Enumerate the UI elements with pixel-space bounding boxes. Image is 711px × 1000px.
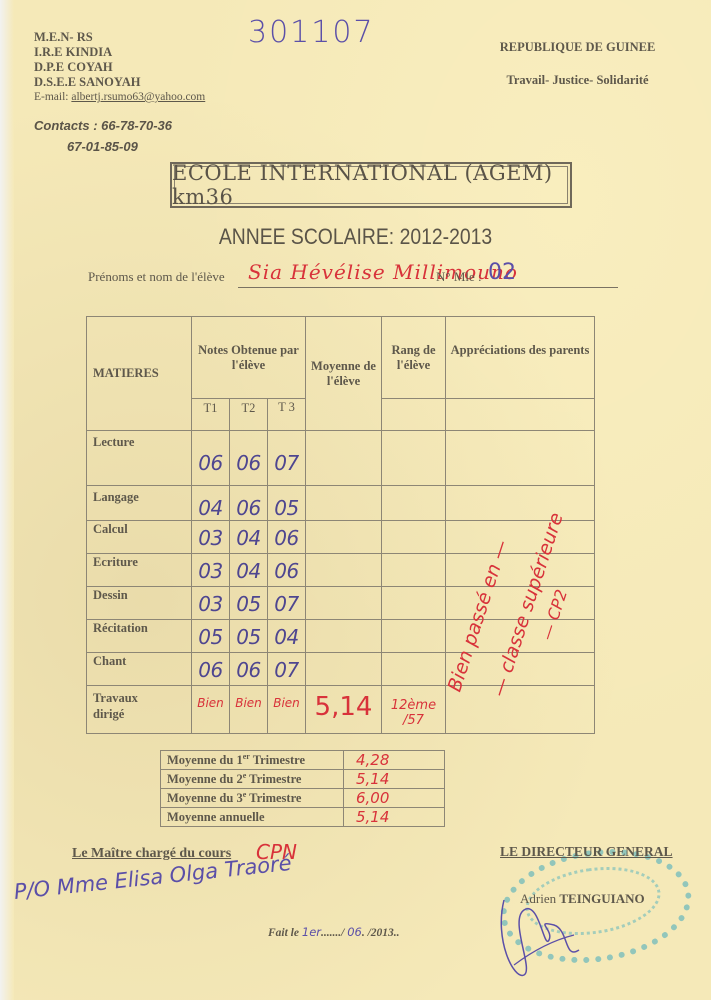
date-year: /2013.. <box>368 927 400 939</box>
grade-t1: 04 <box>192 496 229 520</box>
moyenne-cell <box>306 620 382 653</box>
grade-t1: 03 <box>192 526 229 550</box>
grade-t3: 07 <box>268 451 305 475</box>
school-year: ANNEE SCOLAIRE: 2012-2013 <box>43 224 669 250</box>
grade-t2: 06 <box>230 658 267 682</box>
header-t3: T 3 <box>268 399 306 431</box>
grade-t2: 04 <box>230 526 267 550</box>
grade-t2: 05 <box>230 592 267 616</box>
scan-edge <box>0 0 14 1000</box>
average-row: Moyenne du 3e Trimestre 6,00 <box>161 789 445 808</box>
student-name-underline <box>238 287 618 288</box>
moyenne-cell <box>306 486 382 521</box>
averages-table: Moyenne du 1er Trimestre 4,28 Moyenne du… <box>160 750 445 827</box>
moyenne-cell <box>306 521 382 554</box>
moyenne-cell <box>306 653 382 686</box>
grade-t3: Bien <box>268 696 305 710</box>
average-row: Moyenne du 1er Trimestre 4,28 <box>161 751 445 770</box>
average-sup: er <box>243 752 250 761</box>
grade-t2: 06 <box>230 451 267 475</box>
date-line: Fait le 1er......./ 06. /2013.. <box>268 925 400 939</box>
grade-t1: 06 <box>192 658 229 682</box>
date-month: 06 <box>347 925 362 939</box>
header-subjects: MATIERES <box>87 317 192 431</box>
grade-t1: Bien <box>192 696 229 710</box>
ministry-line: I.R.E KINDIA <box>34 45 205 60</box>
grade-t3: 07 <box>268 592 305 616</box>
average-label-post: Trimestre <box>250 753 305 767</box>
header-t2: T2 <box>230 399 268 431</box>
director-label: LE DIRECTEUR GENERAL <box>500 844 673 860</box>
student-name-label: Prénoms et nom de l'élève <box>88 269 225 285</box>
school-name: ECOLE INTERNATIONAL (AGEM) km36 <box>172 161 570 209</box>
grade-t3: 06 <box>268 559 305 583</box>
moyenne-cell <box>306 431 382 486</box>
subject-name: Lecture <box>87 431 191 450</box>
subject-name: Calcul <box>87 521 191 537</box>
grade-t1: 03 <box>192 592 229 616</box>
director-signature-icon <box>494 880 584 990</box>
student-mle-label: N° Mle : <box>436 269 482 285</box>
grade-t1: 06 <box>192 451 229 475</box>
handwritten-number: 301107 <box>248 15 375 50</box>
header-moyenne: Moyenne de l'élève <box>306 317 382 431</box>
country-motto: Travail- Justice- Solidarité <box>470 73 685 88</box>
grade-t3: 04 <box>268 625 305 649</box>
header-notes: Notes Obtenue par l'élève <box>192 317 306 399</box>
appreciation-cell <box>446 686 595 734</box>
table-row: Travaux dirigé Bien Bien Bien 5,14 12ème… <box>87 686 595 734</box>
grade-t1: 03 <box>192 559 229 583</box>
header-rang: Rang de l'élève <box>382 317 446 399</box>
grade-t2: 04 <box>230 559 267 583</box>
email-label: E-mail: <box>34 91 69 103</box>
average-label: Moyenne du 3 <box>167 791 243 805</box>
moyenne-cell <box>306 554 382 587</box>
average-row: Moyenne du 2e Trimestre 5,14 <box>161 770 445 789</box>
subject-name: Travaux dirigé <box>87 686 153 722</box>
subject-name: Récitation <box>87 620 191 636</box>
moyenne-cell <box>306 587 382 620</box>
average-value: 5,14 <box>344 770 445 789</box>
average-label-post: Trimestre <box>246 791 301 805</box>
email-address: albertj.rsumo63@yahoo.com <box>71 91 205 103</box>
contacts-secondary: 67-01-85-09 <box>34 136 172 157</box>
email-line: E-mail: albertj.rsumo63@yahoo.com <box>34 90 205 105</box>
grade-t2: 06 <box>230 496 267 520</box>
subject-name: Chant <box>87 653 191 669</box>
average-label-post: Trimestre <box>246 772 301 786</box>
moyenne-value: 5,14 <box>306 692 381 722</box>
subject-name: Ecriture <box>87 554 191 570</box>
rang-value: 12ème /57 <box>382 698 445 728</box>
ministry-header: M.E.N- RS I.R.E KINDIA D.P.E COYAH D.S.E… <box>34 30 205 105</box>
grade-t3: 05 <box>268 496 305 520</box>
grade-t3: 07 <box>268 658 305 682</box>
contacts: Contacts : 66-78-70-36 67-01-85-09 <box>34 115 172 157</box>
grade-t1: 05 <box>192 625 229 649</box>
parent-appreciation: Bien passé en — — classe supérieure — CP… <box>436 390 586 690</box>
average-value: 4,28 <box>344 751 445 770</box>
subject-name: Langage <box>87 486 191 505</box>
grade-t3: 06 <box>268 526 305 550</box>
ministry-line: D.P.E COYAH <box>34 60 205 75</box>
average-value: 5,14 <box>344 808 445 827</box>
date-label: Fait le <box>268 927 299 939</box>
ministry-line: M.E.N- RS <box>34 30 205 45</box>
average-label: Moyenne du 1 <box>167 753 243 767</box>
average-label: Moyenne annuelle <box>167 810 265 824</box>
header-t1: T1 <box>192 399 230 431</box>
average-row: Moyenne annuelle 5,14 <box>161 808 445 827</box>
date-day: 1er <box>302 925 321 939</box>
student-mle: 02 <box>488 260 516 285</box>
country-header: REPUBLIQUE DE GUINEE Travail- Justice- S… <box>470 40 685 88</box>
header-appreciations: Appréciations des parents <box>446 317 595 399</box>
grade-t2: Bien <box>230 696 267 710</box>
subject-name: Dessin <box>87 587 191 603</box>
school-name-box: ECOLE INTERNATIONAL (AGEM) km36 <box>170 162 572 208</box>
ministry-line: D.S.E.E SANOYAH <box>34 75 205 90</box>
average-value: 6,00 <box>344 789 445 808</box>
country-name: REPUBLIQUE DE GUINEE <box>470 40 685 55</box>
average-label: Moyenne du 2 <box>167 772 243 786</box>
grade-t2: 05 <box>230 625 267 649</box>
contacts-primary: Contacts : 66-78-70-36 <box>34 115 172 136</box>
